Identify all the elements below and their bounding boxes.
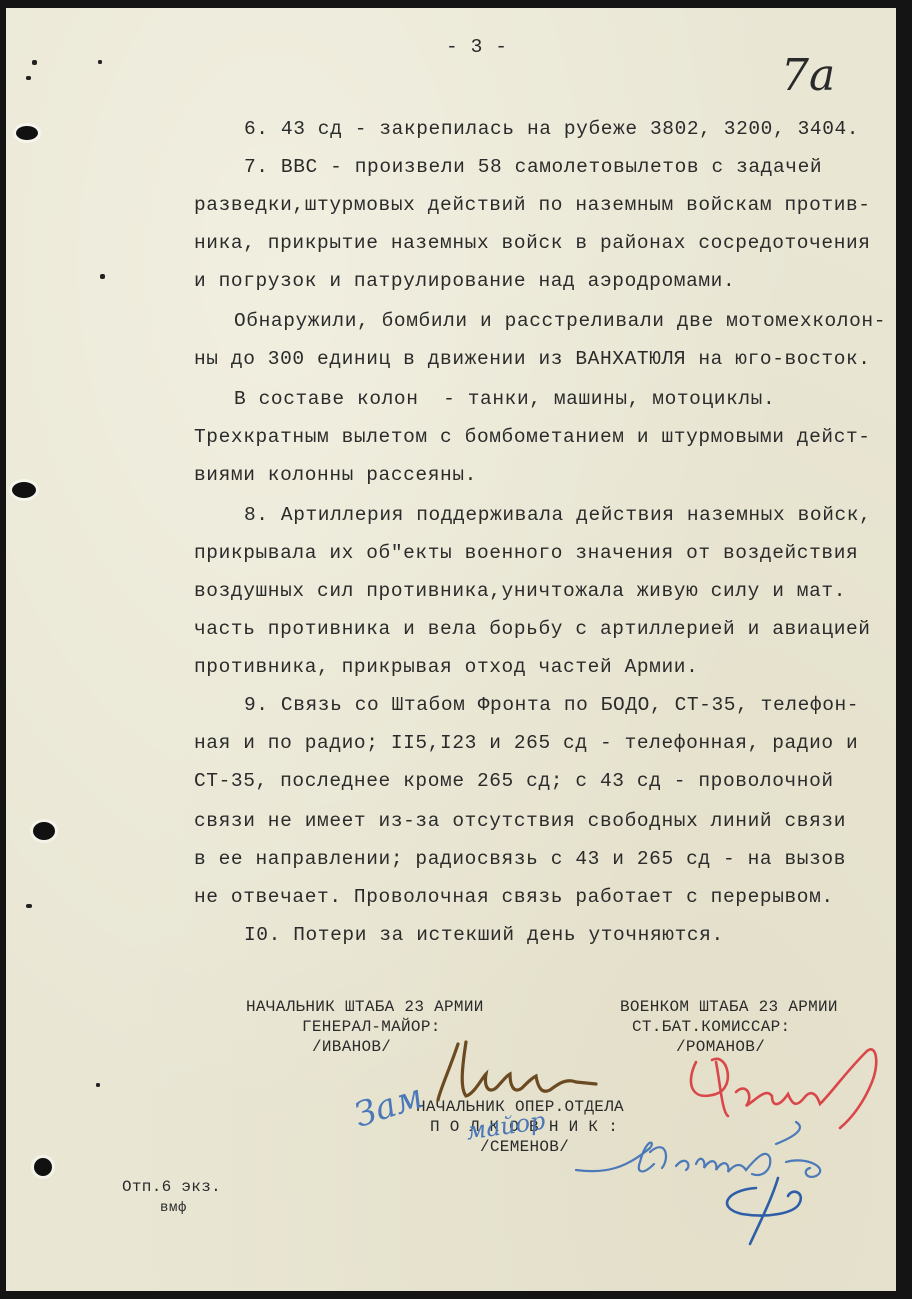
speck [26, 76, 31, 80]
body-line: не отвечает. Проволочная связь работает … [194, 886, 834, 908]
archive-folio-number: 7а [781, 50, 835, 101]
left-signatory-title: НАЧАЛЬНИК ШТАБА 23 АРМИИ [246, 998, 484, 1016]
body-line: ная и по радио; II5,I23 и 265 сд - телеф… [194, 732, 858, 754]
left-signatory-name: /ИВАНОВ/ [312, 1038, 391, 1056]
document-page: - 3 - 7а 6. 43 сд - закрепилась на рубеж… [6, 8, 896, 1291]
punch-hole [34, 1158, 52, 1176]
ivanov-signature [426, 1038, 626, 1108]
copies-note: Отп.6 экз. [122, 1178, 221, 1196]
body-line: Трехкратным вылетом с бомбометанием и шт… [194, 426, 871, 448]
speck [98, 60, 102, 64]
speck [96, 1083, 100, 1087]
page-number: - 3 - [446, 36, 508, 58]
speck [100, 274, 105, 279]
body-line: ны до 300 единиц в движении из ВАНХАТЮЛЯ… [194, 348, 871, 370]
speck [32, 60, 37, 65]
body-line: 7. ВВС - произвели 58 самолетовылетов с … [244, 156, 822, 178]
body-line: разведки,штурмовых действий по наземным … [194, 194, 871, 216]
body-line: и погрузок и патрулирование над аэродром… [194, 270, 735, 292]
semenov-signature [566, 1118, 866, 1258]
body-line: СТ-35, последнее кроме 265 сд; с 43 сд -… [194, 770, 834, 792]
body-line: 8. Артиллерия поддерживала действия назе… [244, 504, 871, 526]
typist-initials: вмф [160, 1200, 187, 1216]
body-line: I0. Потери за истекший день уточняются. [244, 924, 724, 946]
punch-hole [12, 482, 36, 498]
body-line: связи не имеет из-за отсутствия свободны… [194, 810, 846, 832]
body-line: противника, прикрывая отход частей Армии… [194, 656, 698, 678]
body-line: В составе колон - танки, машины, мотоцик… [234, 388, 775, 410]
body-line: Обнаружили, бомбили и расстреливали две … [234, 310, 886, 332]
body-line: в ее направлении; радиосвязь с 43 и 265 … [194, 848, 846, 870]
punch-hole [33, 822, 55, 840]
body-line: часть противника и вела борьбу с артилле… [194, 618, 871, 640]
left-signatory-rank: ГЕНЕРАЛ-МАЙОР: [302, 1018, 441, 1036]
body-line: 9. Связь со Штабом Фронта по БОДО, СТ-35… [244, 694, 859, 716]
body-line: виями колонны рассеяны. [194, 464, 477, 486]
body-line: 6. 43 сд - закрепилась на рубеже 3802, 3… [244, 118, 859, 140]
speck [26, 904, 32, 908]
body-line: прикрывала их об"екты военного значения … [194, 542, 858, 564]
punch-hole [16, 126, 38, 140]
body-line: ника, прикрытие наземных войск в районах… [194, 232, 871, 254]
body-line: воздушных сил противника,уничтожала живу… [194, 580, 846, 602]
handwritten-zam-note: Зам [350, 1076, 429, 1136]
right-signatory-title: ВОЕНКОМ ШТАБА 23 АРМИИ [620, 998, 838, 1016]
